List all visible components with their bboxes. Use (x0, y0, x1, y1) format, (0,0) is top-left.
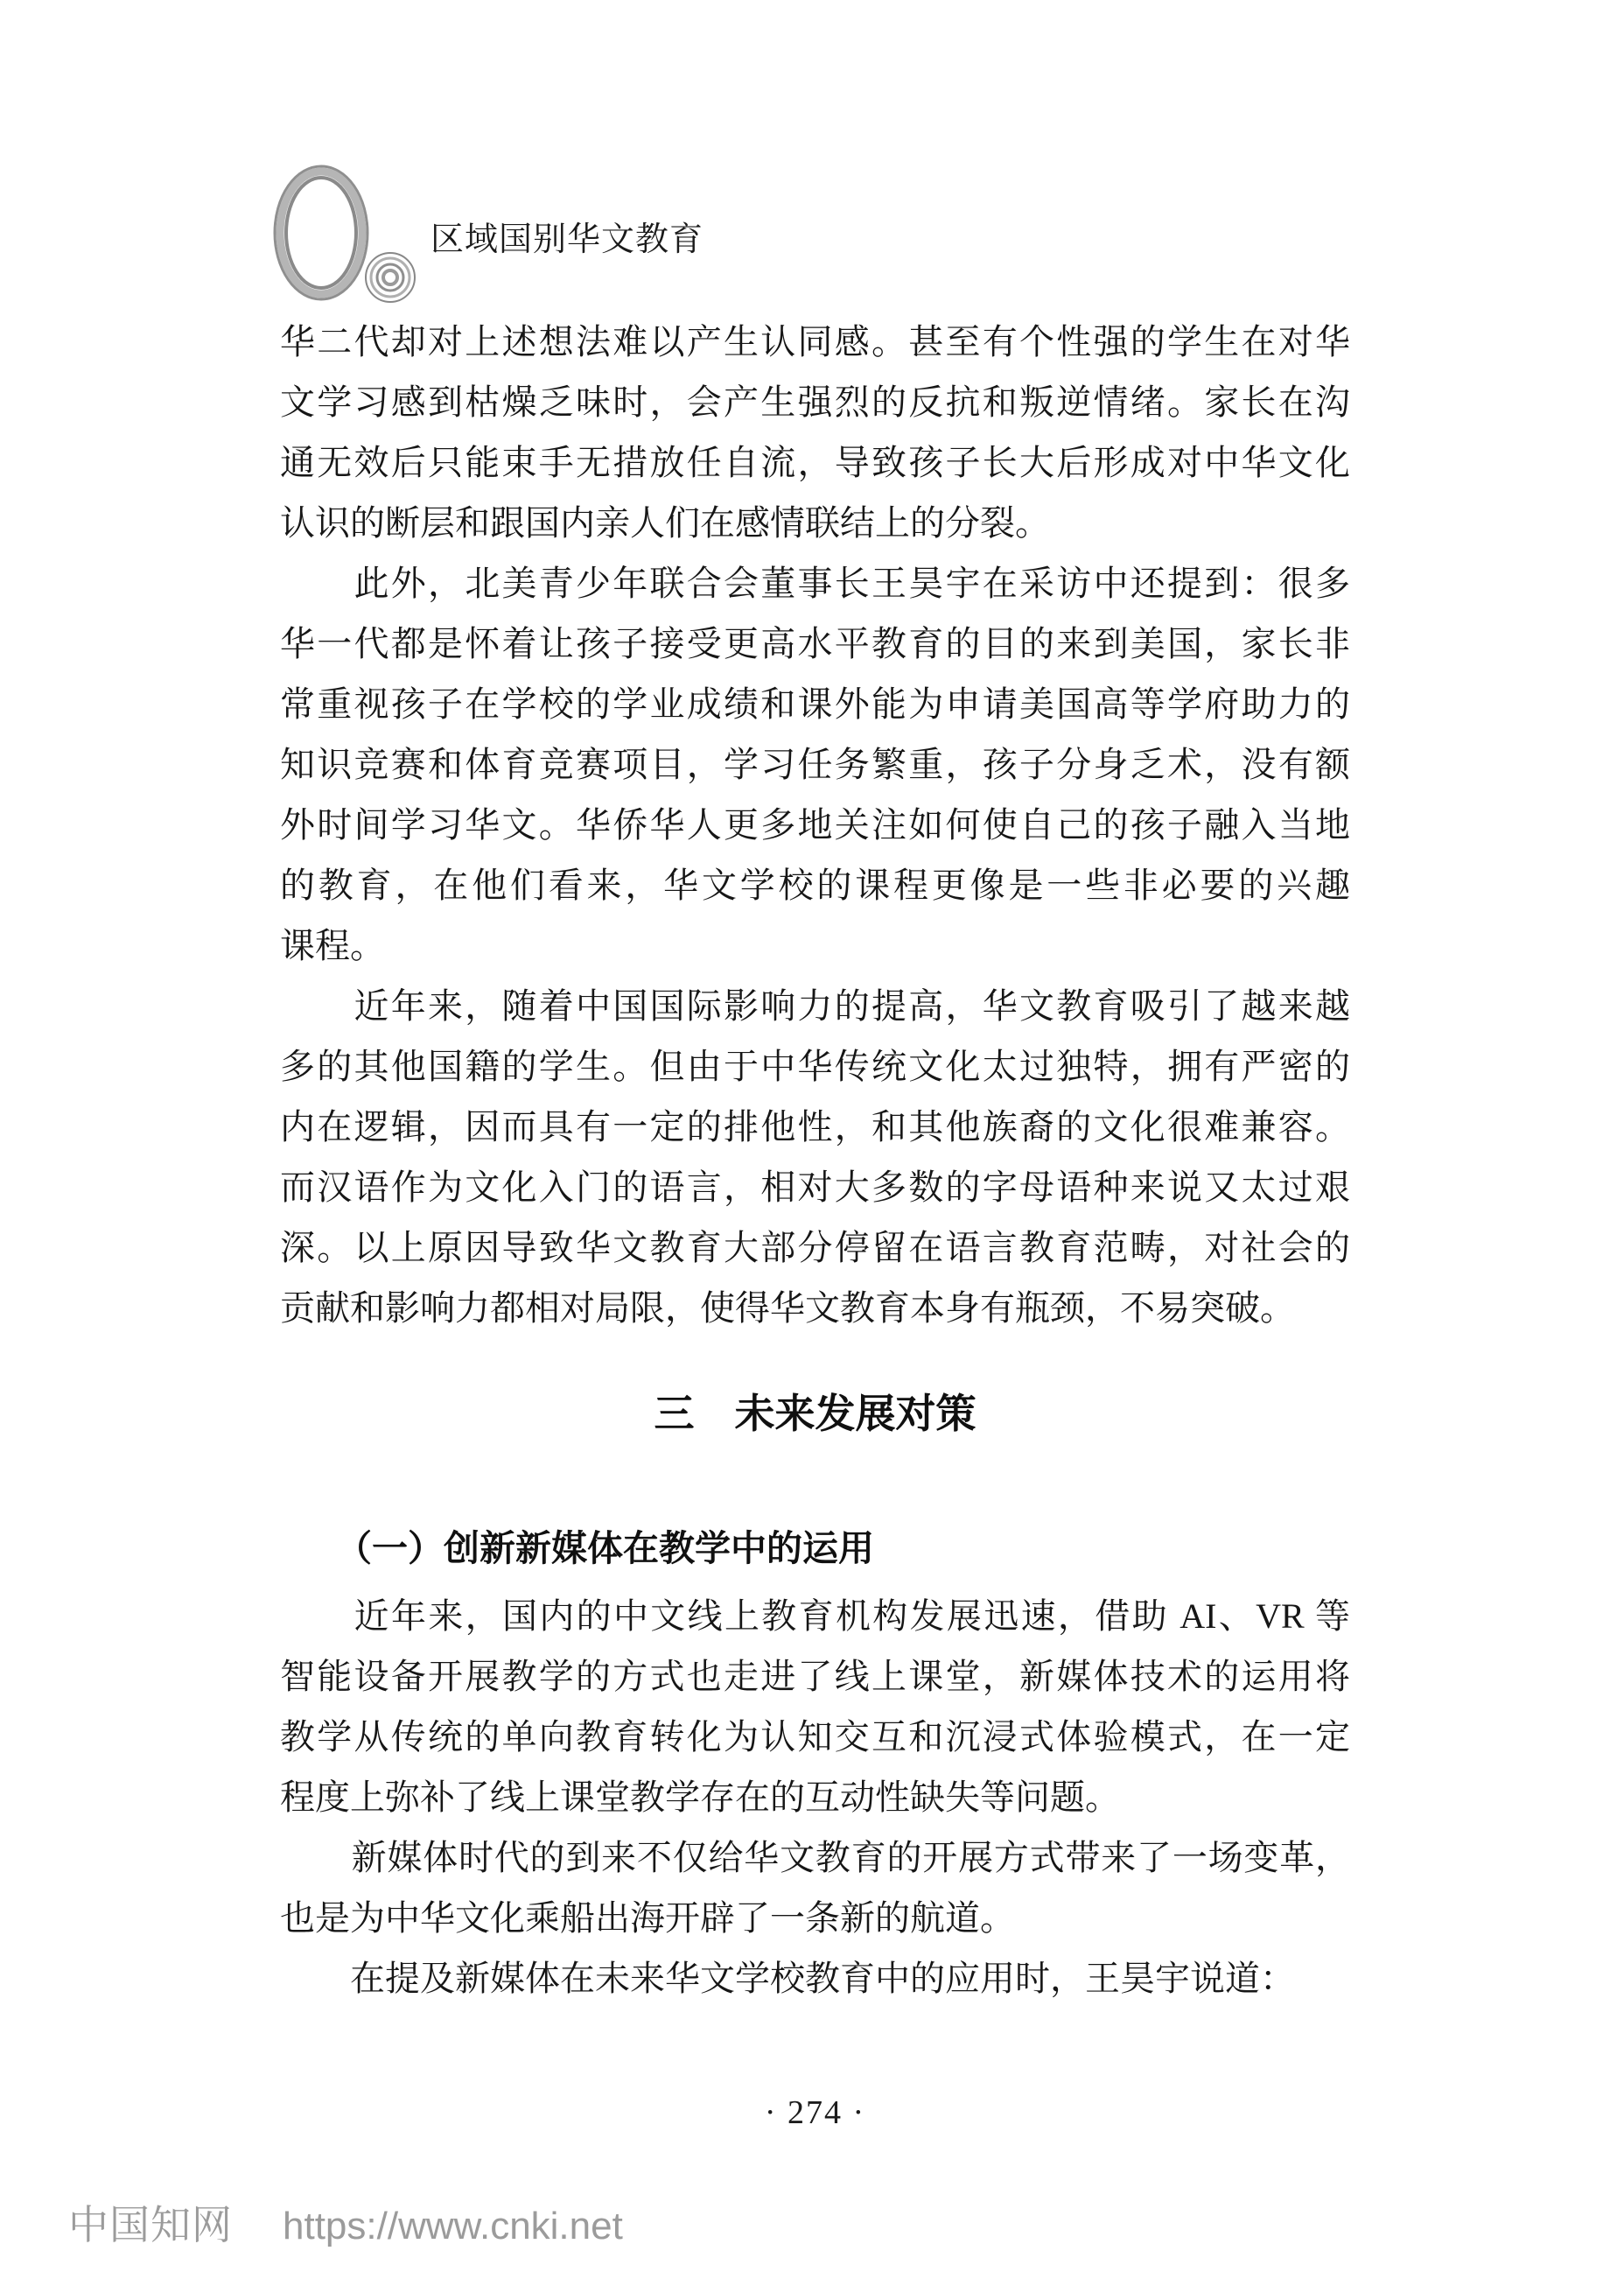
text-line: 也是为中华文化乘船出海开辟了一条新的航道。 (280, 1888, 1350, 1948)
text-line: 此外，北美青少年联合会董事长王昊宇在采访中还提到：很多 (280, 553, 1350, 614)
text-line: 程度上弥补了线上课堂教学存在的互动性缺失等问题。 (280, 1767, 1350, 1827)
text-line: 华一代都是怀着让孩子接受更高水平教育的目的来到美国，家长非 (280, 614, 1350, 674)
text-line: 智能设备开展教学的方式也走进了线上课堂，新媒体技术的运用将 (280, 1646, 1350, 1707)
header-brand-title: 区域国别华文教育 (430, 212, 703, 260)
text-line: 文学习感到枯燥乏味时，会产生强烈的反抗和叛逆情绪。家长在沟 (280, 372, 1350, 432)
text-line: 课程。 (280, 915, 1350, 976)
text-line: 内在逻辑，因而具有一定的排他性，和其他族裔的文化很难兼容。 (280, 1097, 1350, 1157)
text-line: 在提及新媒体在未来华文学校教育中的应用时，王昊宇说道： (280, 1948, 1350, 2009)
text-line: 常重视孩子在学校的学业成绩和课外能为申请美国高等学府助力的 (280, 674, 1350, 734)
body-paragraphs-bottom: 近年来，国内的中文线上教育机构发展迅速，借助 AI、VR 等智能设备开展教学的方… (280, 1586, 1350, 2009)
subsection-heading: （一）创新新媒体在教学中的运用 (280, 1518, 1350, 1579)
text-line: 认识的断层和跟国内亲人们在感情联结上的分裂。 (280, 493, 1350, 553)
text-line: 近年来，随着中国国际影响力的提高，华文教育吸引了越来越 (280, 976, 1350, 1036)
text-line: 外时间学习华文。华侨华人更多地关注如何使自己的孩子融入当地 (280, 795, 1350, 855)
text-line: 而汉语作为文化入门的语言，相对大多数的字母语种来说又太过艰 (280, 1157, 1350, 1217)
text-line: 深。以上原因导致华文教育大部分停留在语言教育范畴，对社会的 (280, 1217, 1350, 1278)
body-paragraphs-top: 华二代却对上述想法难以产生认同感。甚至有个性强的学生在对华文学习感到枯燥乏味时，… (280, 312, 1350, 1338)
cnki-site-name: 中国知网 (68, 2193, 233, 2251)
paragraph: 在提及新媒体在未来华文学校教育中的应用时，王昊宇说道： (280, 1948, 1350, 2009)
document-page: 区域国别华文教育 华二代却对上述想法难以产生认同感。甚至有个性强的学生在对华文学… (0, 0, 1624, 2293)
text-line: 贡献和影响力都相对局限，使得华文教育本身有瓶颈，不易突破。 (280, 1278, 1350, 1338)
text-line: 知识竞赛和体育竞赛项目，学习任务繁重，孩子分身乏术，没有额 (280, 734, 1350, 795)
page-body: 华二代却对上述想法难以产生认同感。甚至有个性强的学生在对华文学习感到枯燥乏味时，… (280, 312, 1350, 2009)
text-line: 教学从传统的单向教育转化为认知交互和沉浸式体验模式，在一定 (280, 1707, 1350, 1767)
paragraph: 此外，北美青少年联合会董事长王昊宇在采访中还提到：很多华一代都是怀着让孩子接受更… (280, 553, 1350, 976)
publisher-rings-logo-icon (271, 163, 420, 312)
cnki-footer: 中国知网 https://www.cnki.net (68, 2193, 623, 2251)
text-line: 的教育，在他们看来，华文学校的课程更像是一些非必要的兴趣 (280, 855, 1350, 915)
text-line: 多的其他国籍的学生。但由于中华传统文化太过独特，拥有严密的 (280, 1036, 1350, 1097)
text-line: 通无效后只能束手无措放任自流，导致孩子长大后形成对中华文化 (280, 432, 1350, 493)
paragraph: 华二代却对上述想法难以产生认同感。甚至有个性强的学生在对华文学习感到枯燥乏味时，… (280, 312, 1350, 553)
text-line: 华二代却对上述想法难以产生认同感。甚至有个性强的学生在对华 (280, 312, 1350, 372)
paragraph: 新媒体时代的到来不仅给华文教育的开展方式带来了一场变革，也是为中华文化乘船出海开… (280, 1827, 1350, 1948)
paragraph: 近年来，随着中国国际影响力的提高，华文教育吸引了越来越多的其他国籍的学生。但由于… (280, 976, 1350, 1338)
paragraph: 近年来，国内的中文线上教育机构发展迅速，借助 AI、VR 等智能设备开展教学的方… (280, 1586, 1350, 1827)
cnki-site-url-link[interactable]: https://www.cnki.net (283, 2205, 623, 2248)
text-line: 新媒体时代的到来不仅给华文教育的开展方式带来了一场变革， (280, 1827, 1350, 1888)
page-number: · 274 · (280, 2093, 1350, 2132)
section-heading: 三 未来发展对策 (280, 1384, 1350, 1444)
text-line: 近年来，国内的中文线上教育机构发展迅速，借助 AI、VR 等 (280, 1586, 1350, 1646)
